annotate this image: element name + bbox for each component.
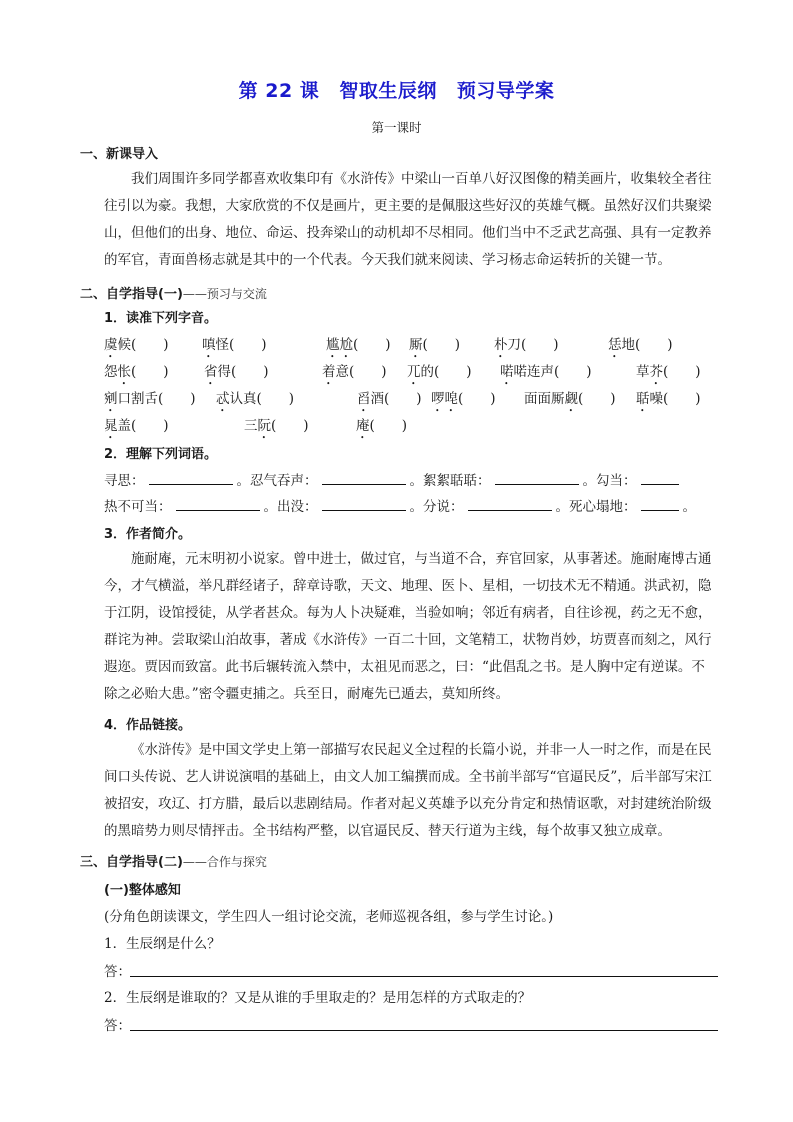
answer-label-1: 答： <box>104 960 131 980</box>
vocab-blank-goudang[interactable] <box>641 470 679 485</box>
vocabulary-row-1: 寻思：。忍气吞声：。絮絮聒聒：。勾当： <box>104 469 718 489</box>
pronunciation-item: 面面厮觑( ) <box>524 387 616 415</box>
item-label-vocabulary: 2．理解下列词语。 <box>104 443 217 462</box>
vocab-blank-xuxuguogua[interactable] <box>495 470 579 485</box>
pronunciation-item: 兀的( ) <box>407 360 472 388</box>
pronunciation-item: 聒噪( ) <box>636 387 701 415</box>
vocab-blank-sixintadi[interactable] <box>641 496 679 511</box>
answer-label-2: 答： <box>104 1014 131 1034</box>
item-label-author: 3．作者简介。 <box>104 523 191 542</box>
sub-heading-overall-perception: (一)整体感知 <box>104 879 181 898</box>
pronunciation-item: 恁地( ) <box>608 333 673 361</box>
pronunciation-item: 虞候( ) <box>104 333 169 361</box>
pronunciation-item: 三阮( ) <box>244 414 309 442</box>
page-subtitle: 第一课时 <box>0 118 793 136</box>
question-1: 1．生辰纲是什么？ <box>104 932 221 952</box>
pronunciation-item: 厮( ) <box>409 333 460 361</box>
pronunciation-row-4: 晁盖( ) 三阮( ) 庵( ) <box>104 414 718 436</box>
author-paragraph: 施耐庵，元末明初小说家。曾中进士，做过官，与当道不合，弃官回家，从事著述。施耐庵… <box>104 546 718 708</box>
vocab-blank-rebukedang[interactable] <box>176 496 260 511</box>
pronunciation-item: 尴尬( ) <box>326 333 391 361</box>
item-label-pronunciation: 1．读准下列字音。 <box>104 307 217 326</box>
vocabulary-row-2: 热不可当：。出没：。分说：。死心塌地：。 <box>104 495 718 515</box>
pronunciation-item: 着意( ) <box>322 360 387 388</box>
answer-line-1[interactable] <box>130 975 718 977</box>
section-heading-self-study-2: 三、自学指导(二)——合作与探究 <box>80 851 267 870</box>
item-label-work-link: 4．作品链接。 <box>104 714 191 733</box>
section-heading-self-study-1: 二、自学指导(一)——预习与交流 <box>80 283 267 302</box>
question-2: 2．生辰纲是谁取的？又是从谁的手里取走的？是用怎样的方式取走的？ <box>104 986 531 1006</box>
heading-light-part: ——合作与探究 <box>183 855 267 869</box>
pronunciation-item: 朴刀( ) <box>494 333 559 361</box>
intro-paragraph: 我们周围许多同学都喜欢收集印有《水浒传》中梁山一百单八好汉图像的精美画片，收集较… <box>104 166 718 274</box>
pronunciation-item: 嗔怪( ) <box>202 333 267 361</box>
discussion-instruction: (分角色朗读课文，学生四人一组讨论交流，老师巡视各组，参与学生讨论。) <box>104 905 553 925</box>
work-paragraph: 《水浒传》是中国文学史上第一部描写农民起义全过程的长篇小说，并非一人一时之作，而… <box>104 737 718 845</box>
pronunciation-item: 忒认真( ) <box>216 387 294 415</box>
pronunciation-item: 啰唣( ) <box>431 387 496 415</box>
vocab-blank-renqitunsheng[interactable] <box>322 470 406 485</box>
heading-light-part: ——预习与交流 <box>183 287 267 301</box>
answer-line-2[interactable] <box>130 1029 718 1031</box>
pronunciation-item: 喏喏连声( ) <box>500 360 592 388</box>
title-doc-type: 预习导学案 <box>457 80 555 102</box>
vocab-blank-chumo[interactable] <box>322 496 406 511</box>
heading-bold-part: 二、自学指导(一) <box>80 287 183 302</box>
title-lesson-name: 智取生辰纲 <box>339 80 437 102</box>
pronunciation-item: 晁盖( ) <box>104 414 169 442</box>
section-heading-intro: 一、新课导入 <box>80 143 158 162</box>
page-title: 第 22 课智取生辰纲预习导学案 <box>0 76 793 103</box>
pronunciation-item: 草芥( ) <box>636 360 701 388</box>
pronunciation-row-1: 虞候( ) 嗔怪( ) 尴尬( ) 厮( ) 朴刀( ) 恁地( ) <box>104 333 718 355</box>
vocab-blank-xunsi[interactable] <box>149 470 233 485</box>
pronunciation-item: 怨怅( ) <box>104 360 169 388</box>
pronunciation-item: 剜口割舌( ) <box>104 387 196 415</box>
vocab-blank-fenshuo[interactable] <box>468 496 552 511</box>
pronunciation-item: 庵( ) <box>356 414 407 442</box>
pronunciation-item: 省得( ) <box>204 360 269 388</box>
heading-bold-part: 三、自学指导(二) <box>80 855 183 870</box>
pronunciation-item: 舀酒( ) <box>357 387 422 415</box>
title-lesson-number: 第 22 课 <box>239 80 320 102</box>
document-page: 第 22 课智取生辰纲预习导学案 第一课时 一、新课导入 我们周围许多同学都喜欢… <box>0 0 793 1122</box>
pronunciation-row-2: 怨怅( ) 省得( ) 着意( ) 兀的( ) 喏喏连声( ) 草芥( ) <box>104 360 718 382</box>
pronunciation-row-3: 剜口割舌( ) 忒认真( ) 舀酒( ) 啰唣( ) 面面厮觑( ) 聒噪( ) <box>104 387 718 409</box>
